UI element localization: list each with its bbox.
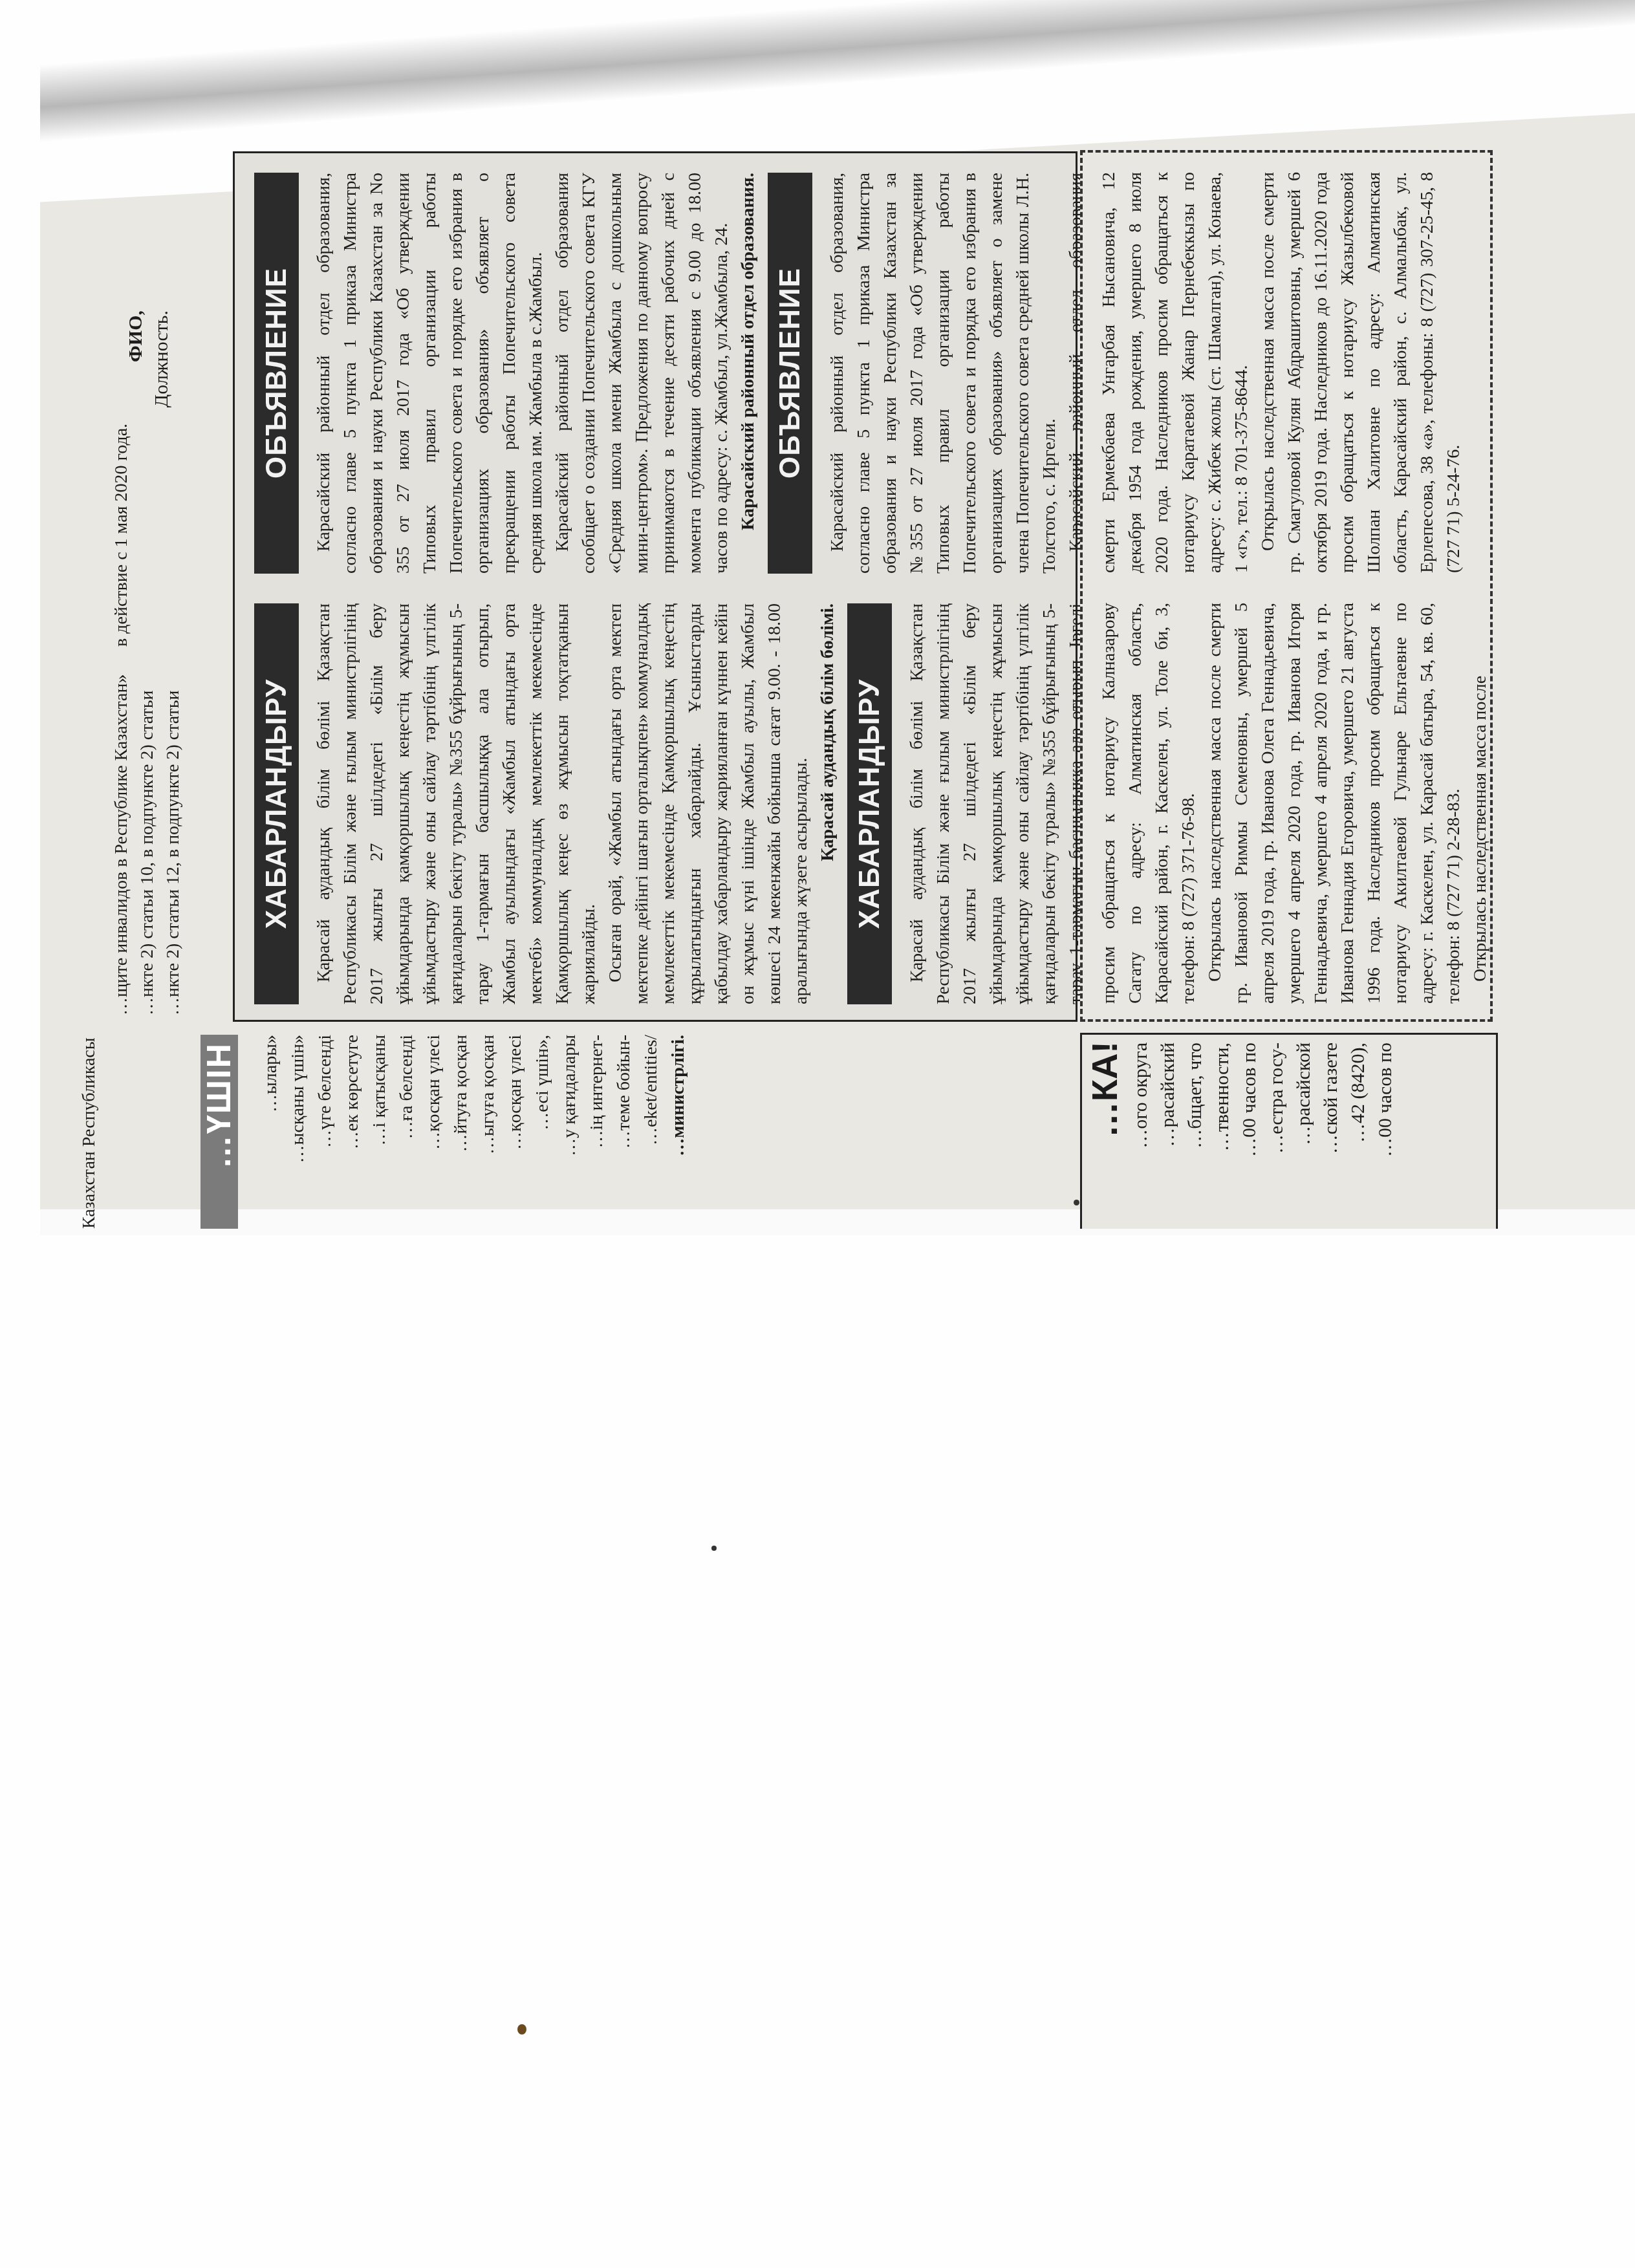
fragment-line: …ға белсенді	[393, 1035, 420, 1229]
notice-heading: ОБЪЯВЛЕНИЕ	[768, 173, 812, 574]
signature-fio: ФИО,	[123, 310, 149, 407]
fragment-line: …теме бойын-	[611, 1035, 638, 1229]
dust-speck	[711, 1546, 717, 1551]
inheritance-notices-box: просим обращаться к нотариусу Калназаров…	[1080, 150, 1493, 1022]
fragment-line: …ыгуға қосқан	[475, 1035, 502, 1229]
ad-line: …естра госу-	[1263, 1035, 1290, 1229]
law-line-3: …нкте 2) статьи 12, в подпункте 2) стать…	[162, 691, 185, 1015]
notice-paragraph: Осыған орай, «Жамбыл атындағы орта мекте…	[602, 603, 814, 1004]
ad-heading: …КА!	[1091, 1041, 1118, 1222]
notice-paragraph: Карасайский районный отдел образования, …	[824, 173, 1063, 574]
fragment-line: …йтуға қосқан	[448, 1035, 475, 1229]
ad-line: …ской газете	[1317, 1035, 1345, 1229]
ad-line: …бщает, что	[1182, 1035, 1209, 1229]
fragment-line: …ің интернет-	[583, 1035, 611, 1229]
notice-paragraph: Қарасай аудандық білім бөлімі Қазақстан …	[310, 603, 602, 1004]
notice-signature: Қарасай аудандық білім бөлімі.	[814, 603, 841, 1004]
fragment-line: …і қатысқаны	[366, 1035, 393, 1229]
fragment-line: …у қағидалары	[556, 1035, 583, 1229]
left-column-fragment: …ҮШІН …ылары» …ысқаны үшін» …үге белсенд…	[200, 1035, 1171, 1229]
signature-position: Должность.	[149, 310, 175, 407]
fragment-line: …қосқан үлесі	[420, 1035, 448, 1229]
inheritance-paragraph: смерти Ермекбаева Унгарбая Нысановича, 1…	[1096, 172, 1255, 573]
left-ad-fragment: …КА! …ого округа …расайский …бщает, что …	[1080, 1033, 1498, 1229]
inheritance-column-middle: просим обращаться к нотариусу Калназаров…	[1096, 603, 1493, 1004]
inheritance-paragraph: Открылась наследственная масса после сме…	[1255, 172, 1467, 573]
rotated-newspaper-page: Казахстан Республикасы …щите инвалидов в…	[71, 116, 1494, 1229]
fragment-line: …ек көрсетуге	[339, 1035, 366, 1229]
ad-line: …00 часов по	[1236, 1035, 1263, 1229]
inheritance-paragraph: просим обращаться к нотариусу Калназаров…	[1096, 603, 1202, 1004]
law-line-2: …нкте 2) статьи 10, в подпункте 2) стать…	[136, 691, 159, 1015]
fragment-line: …eket/entities/	[638, 1035, 665, 1229]
dust-speck	[517, 2024, 526, 2035]
ad-line: …твенности,	[1209, 1035, 1236, 1229]
notice-signature: Карасайский районный отдел образования.	[735, 173, 761, 574]
notice-heading: ХАБАРЛАНДЫРУ	[254, 603, 299, 1004]
header-fragment: Казахстан Республикасы	[78, 1037, 101, 1229]
law-line-1: …щите инвалидов в Республике Казахстан»	[110, 675, 133, 1015]
fragment-line: …қосқан үлесі	[502, 1035, 529, 1229]
notice-heading: ХАБАРЛАНДЫРУ	[847, 603, 892, 1004]
left-fragment-heading: …ҮШІН	[200, 1035, 238, 1229]
ad-line: …00 часов по	[1372, 1035, 1399, 1229]
ad-line: …ого округа	[1127, 1035, 1154, 1229]
fragment-line: …үге белсенді	[312, 1035, 339, 1229]
notices-box: ХАБАРЛАНДЫРУ Қарасай аудандық білім бөлі…	[233, 151, 1077, 1022]
notice-heading: ОБЪЯВЛЕНИЕ	[254, 173, 299, 574]
fragment-line: …ысқаны үшін»	[285, 1035, 312, 1229]
fragment-line: …есі үшін»,	[529, 1035, 556, 1229]
ad-line: …расайской	[1290, 1035, 1317, 1229]
fragment-line: …ылары»	[257, 1035, 285, 1229]
effective-date: в действие с 1 мая 2020 года.	[110, 424, 133, 647]
inheritance-paragraph: Открылась наследственная масса после сме…	[1202, 603, 1467, 1004]
notice-paragraph: Карасайский районный отдел образования с…	[549, 173, 735, 574]
inheritance-paragraph: Открылась наследственная масса после	[1467, 603, 1493, 1004]
fragment-line: …министрлігі.	[665, 1035, 692, 1229]
inheritance-column-right: смерти Ермекбаева Унгарбая Нысановича, 1…	[1096, 172, 1467, 573]
ad-line: …42 (8420),	[1345, 1035, 1372, 1229]
notice-paragraph: Карасайский районный отдел образования, …	[310, 173, 549, 574]
ad-line: …расайский	[1154, 1035, 1182, 1229]
signature-block: ФИО, Должность.	[123, 310, 175, 407]
